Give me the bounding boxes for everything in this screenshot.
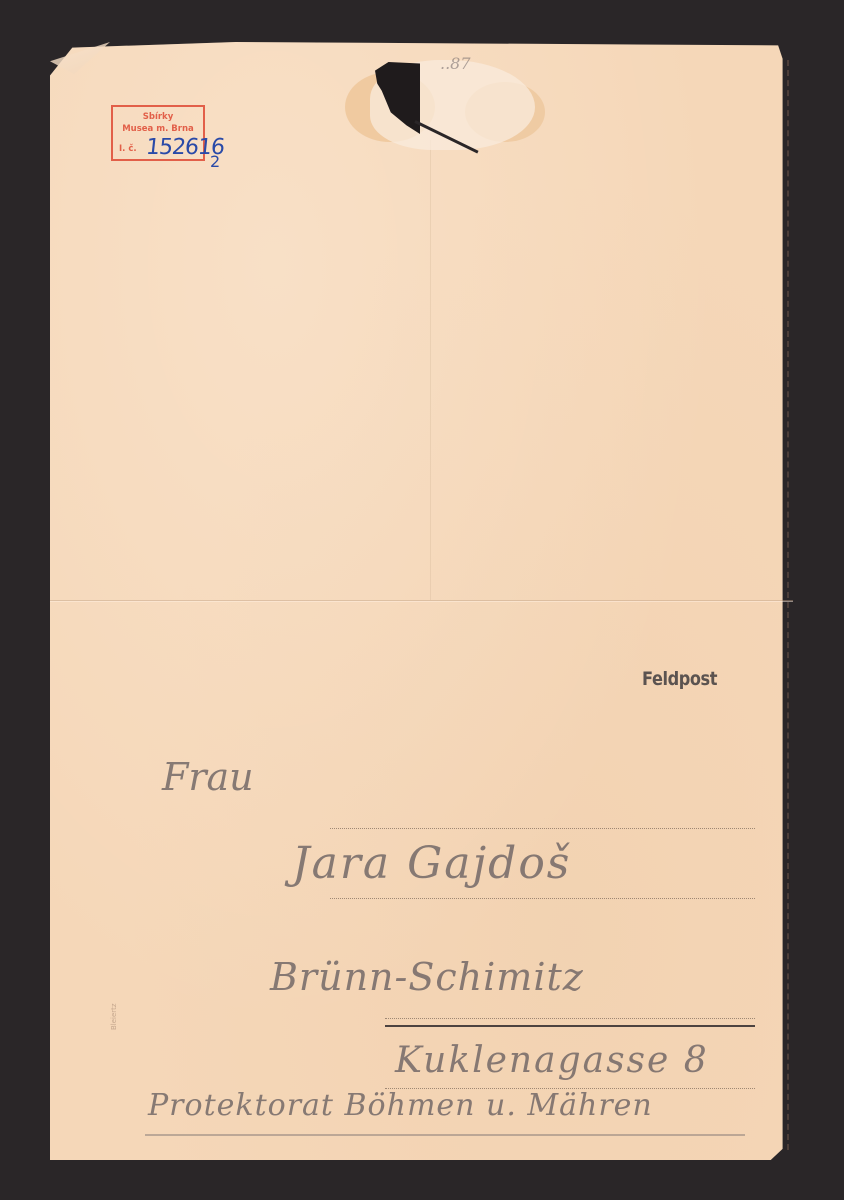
perforated-edge bbox=[787, 60, 789, 1150]
horizontal-fold-line bbox=[50, 600, 793, 601]
torn-hole-damage: ..87 bbox=[345, 52, 545, 162]
handwritten-street: Kuklenagasse 8 bbox=[395, 1040, 709, 1081]
top-pencil-note: ..87 bbox=[440, 54, 471, 73]
printer-mark: Bleiertz bbox=[110, 1003, 118, 1030]
vertical-crease bbox=[430, 140, 431, 600]
stamp-line-3: I. č. bbox=[119, 144, 137, 154]
stamp-line-1: Sbírky bbox=[113, 112, 203, 122]
handwritten-city: Brünn-Schimitz bbox=[270, 955, 584, 999]
address-line-3-dotted bbox=[385, 1018, 755, 1019]
stamp-line-2: Musea m. Brna bbox=[113, 124, 203, 134]
address-line-3-solid bbox=[385, 1025, 755, 1027]
address-line-1 bbox=[330, 828, 755, 829]
region-underline bbox=[145, 1134, 745, 1136]
handwritten-region: Protektorat Böhmen u. Mähren bbox=[148, 1088, 653, 1123]
handwritten-salutation: Frau bbox=[162, 755, 254, 799]
inventory-number-suffix: 2 bbox=[210, 152, 220, 171]
address-line-2 bbox=[330, 898, 755, 899]
handwritten-name: Jara Gajdoš bbox=[292, 838, 571, 889]
feldpost-label: Feldpost bbox=[642, 668, 717, 690]
